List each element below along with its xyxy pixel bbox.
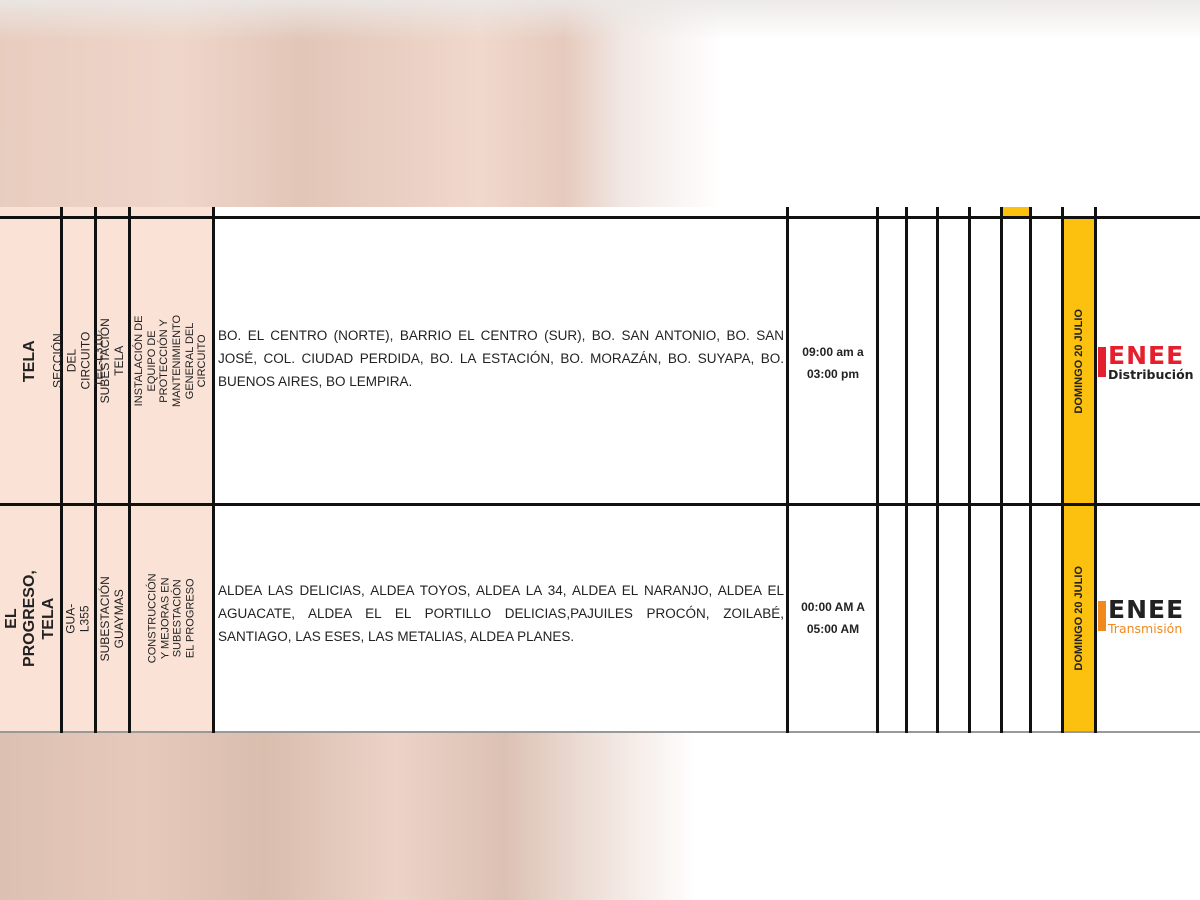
horario-cell: 09:00 am a 03:00 pm (790, 341, 876, 385)
horario-cell: 00:00 AM A 05:00 AM (790, 596, 876, 640)
logo-mark-icon (1098, 347, 1106, 377)
subestacion-cell: SUBESTACIÓN GUAYMAS (97, 506, 128, 731)
municipio-label: TELA (21, 331, 39, 391)
municipio-cell: EL PROGRESO, TELA (0, 506, 60, 731)
trabajo-label: CONSTRUCCIÓN Y MEJORAS EN SUBESTACIÓN EL… (146, 574, 197, 664)
logo-subtitle: Transmisión (1108, 621, 1182, 636)
circuito-label: GUA-L355 (65, 603, 93, 634)
outage-schedule-table: TELA SECCIÓN DEL CIRCUITO TEL-L310 SUBES… (0, 207, 1200, 733)
zonas-afectadas-text: BO. EL CENTRO (NORTE), BARRIO EL CENTRO … (218, 324, 784, 393)
horario-start: 09:00 am a (790, 341, 876, 363)
municipio-label: EL PROGRESO, TELA (2, 570, 57, 667)
horario-end: 03:00 pm (790, 363, 876, 385)
subestacion-label: SUBESTACIÓN TELA (99, 318, 127, 403)
col-divider (1029, 207, 1032, 733)
blurred-background-bottom (0, 733, 1200, 900)
subestacion-cell: SUBESTACIÓN TELA (97, 219, 128, 503)
zonas-afectadas-text: ALDEA LAS DELICIAS, ALDEA TOYOS, ALDEA L… (218, 579, 784, 648)
logo-subtitle: Distribución (1108, 367, 1194, 382)
row-divider-bottom (0, 731, 1200, 733)
logo-word: ENEE (1108, 341, 1184, 370)
horario-end: 05:00 AM (790, 618, 876, 640)
col-divider (905, 207, 908, 733)
circuito-cell: SECCIÓN DEL CIRCUITO TEL-L310 (63, 219, 94, 503)
trabajo-cell: INSTALACIÓN DE EQUIPO DE PROTECCIÓN Y MA… (131, 219, 212, 503)
circuito-cell: GUA-L355 (63, 506, 94, 731)
col-divider (968, 207, 971, 733)
trabajo-cell: CONSTRUCCIÓN Y MEJORAS EN SUBESTACIÓN EL… (131, 506, 212, 731)
blurred-background-top (0, 0, 1200, 207)
col-divider (936, 207, 939, 733)
subestacion-label: SUBESTACIÓN GUAYMAS (99, 576, 127, 661)
logo-word: ENEE (1108, 595, 1184, 624)
col-divider (876, 207, 879, 733)
col-divider (1000, 207, 1003, 733)
logo-mark-icon (1098, 601, 1106, 631)
fecha-cell: DOMINGO 20 JULIO (1063, 219, 1095, 503)
col-divider (786, 207, 789, 733)
horario-start: 00:00 AM A (790, 596, 876, 618)
fecha-label: DOMINGO 20 JULIO (1073, 309, 1086, 414)
col-divider (212, 207, 215, 733)
trabajo-label: INSTALACIÓN DE EQUIPO DE PROTECCIÓN Y MA… (134, 315, 210, 407)
fecha-label: DOMINGO 20 JULIO (1073, 566, 1086, 671)
fecha-cell: DOMINGO 20 JULIO (1063, 506, 1095, 731)
